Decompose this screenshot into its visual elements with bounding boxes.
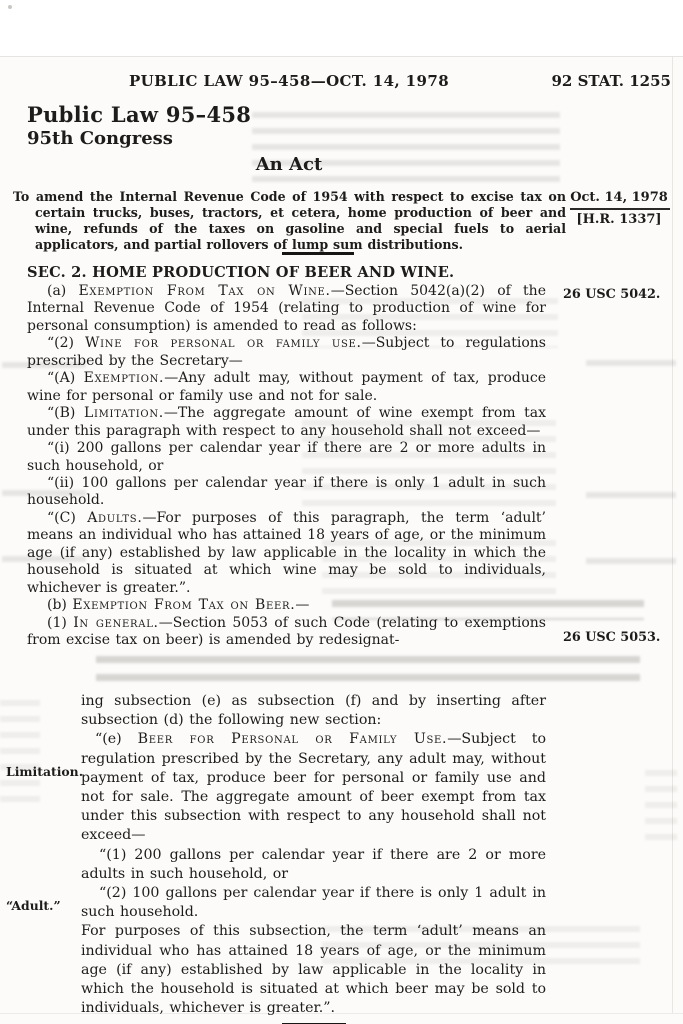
paragraph-e2: “(2) 100 gallons per calendar year if th…	[81, 884, 546, 922]
paragraph-B: “(B) Limitation.—The aggregate amount of…	[27, 405, 546, 440]
paragraph-1: (1) In general.—Section 5053 of such Cod…	[27, 615, 546, 650]
paragraph-2-lead: “(2)	[47, 335, 85, 351]
bleedthrough-smudge	[96, 656, 640, 690]
bleedthrough-smudge	[586, 360, 676, 375]
preamble: To amend the Internal Revenue Code of 19…	[13, 189, 566, 253]
margin-note-usc-5042: 26 USC 5042.	[563, 287, 678, 302]
paragraph-2: “(2) Wine for personal or family use.—Su…	[27, 335, 546, 370]
margin-note-adult: “Adult.”	[6, 898, 80, 913]
paragraph-e: “(e) Beer for Personal or Family Use.—Su…	[81, 730, 546, 845]
paragraph-e-lead: “(e)	[95, 731, 138, 747]
section-heading: SEC. 2. HOME PRODUCTION OF BEER AND WINE…	[27, 264, 454, 281]
statute-scan-page: { "page": { "running_header": "PUBLIC LA…	[0, 0, 683, 1024]
paragraph-b: (b) Exemption From Tax on Beer.—	[27, 597, 546, 614]
paragraph-ii: “(ii) 100 gallons per calendar year if t…	[27, 475, 546, 510]
paragraph-b-smallcaps: Exemption From Tax on Beer.	[72, 597, 295, 613]
running-header: PUBLIC LAW 95–458—OCT. 14, 1978	[0, 72, 578, 90]
paragraph-1-smallcaps: In general.	[73, 615, 159, 631]
paragraph-b-text: —	[295, 597, 309, 613]
margin-note-date: Oct. 14, 1978	[560, 190, 678, 205]
scan-speck	[8, 5, 12, 9]
law-number-title: Public Law 95–458	[27, 102, 251, 127]
bleedthrough-smudge	[586, 492, 676, 506]
paragraph-a: (a) Exemption From Tax on Wine.—Section …	[27, 283, 546, 335]
stat-citation: 92 STAT. 1255	[551, 72, 671, 90]
congress-title: 95th Congress	[27, 128, 173, 149]
bleedthrough-smudge	[645, 770, 677, 840]
margin-note-bill-number: [H.R. 1337]	[560, 212, 678, 227]
paragraph-2-smallcaps: Wine for personal or family use.	[85, 335, 362, 351]
paragraph-i: “(i) 200 gallons per calendar year if th…	[27, 440, 546, 475]
paragraph-C-smallcaps: Adults.	[87, 510, 142, 526]
statute-body-upper: (a) Exemption From Tax on Wine.—Section …	[27, 283, 546, 650]
paragraph-B-smallcaps: Limitation.	[84, 405, 164, 421]
scan-edge-top	[0, 56, 683, 57]
paragraph-continuation: ing subsection (e) as subsection (f) and…	[81, 692, 546, 730]
paragraph-adult-definition: For purposes of this subsection, the ter…	[81, 922, 546, 1018]
paragraph-e-smallcaps: Beer for Personal or Family Use.	[138, 731, 448, 747]
paragraph-A: “(A) Exemption.—Any adult may, without p…	[27, 370, 546, 405]
paragraph-e-text: —Subject to regulation prescribed by the…	[81, 731, 546, 843]
margin-date-rule	[570, 208, 670, 210]
paragraph-a-lead: (a)	[47, 283, 79, 299]
bleedthrough-smudge	[586, 558, 676, 572]
paragraph-1-lead: (1)	[47, 615, 73, 631]
separator-rule	[282, 252, 354, 255]
statute-body-lower: ing subsection (e) as subsection (f) and…	[81, 692, 546, 1024]
paragraph-e1: “(1) 200 gallons per calendar year if th…	[81, 846, 546, 884]
bleedthrough-smudge	[0, 700, 40, 810]
margin-note-limitation: Limitation.	[6, 764, 80, 779]
paragraph-B-lead: “(B)	[47, 405, 84, 421]
paragraph-A-lead: “(A)	[47, 370, 84, 386]
paragraph-b-lead: (b)	[47, 597, 72, 613]
paragraph-C: “(C) Adults.—For purposes of this paragr…	[27, 510, 546, 597]
paragraph-a-smallcaps: Exemption From Tax on Wine.	[79, 283, 331, 299]
paragraph-A-smallcaps: Exemption.	[84, 370, 165, 386]
margin-note-usc-5053: 26 USC 5053.	[563, 630, 678, 645]
paragraph-C-lead: “(C)	[47, 510, 87, 526]
act-heading: An Act	[0, 154, 578, 175]
